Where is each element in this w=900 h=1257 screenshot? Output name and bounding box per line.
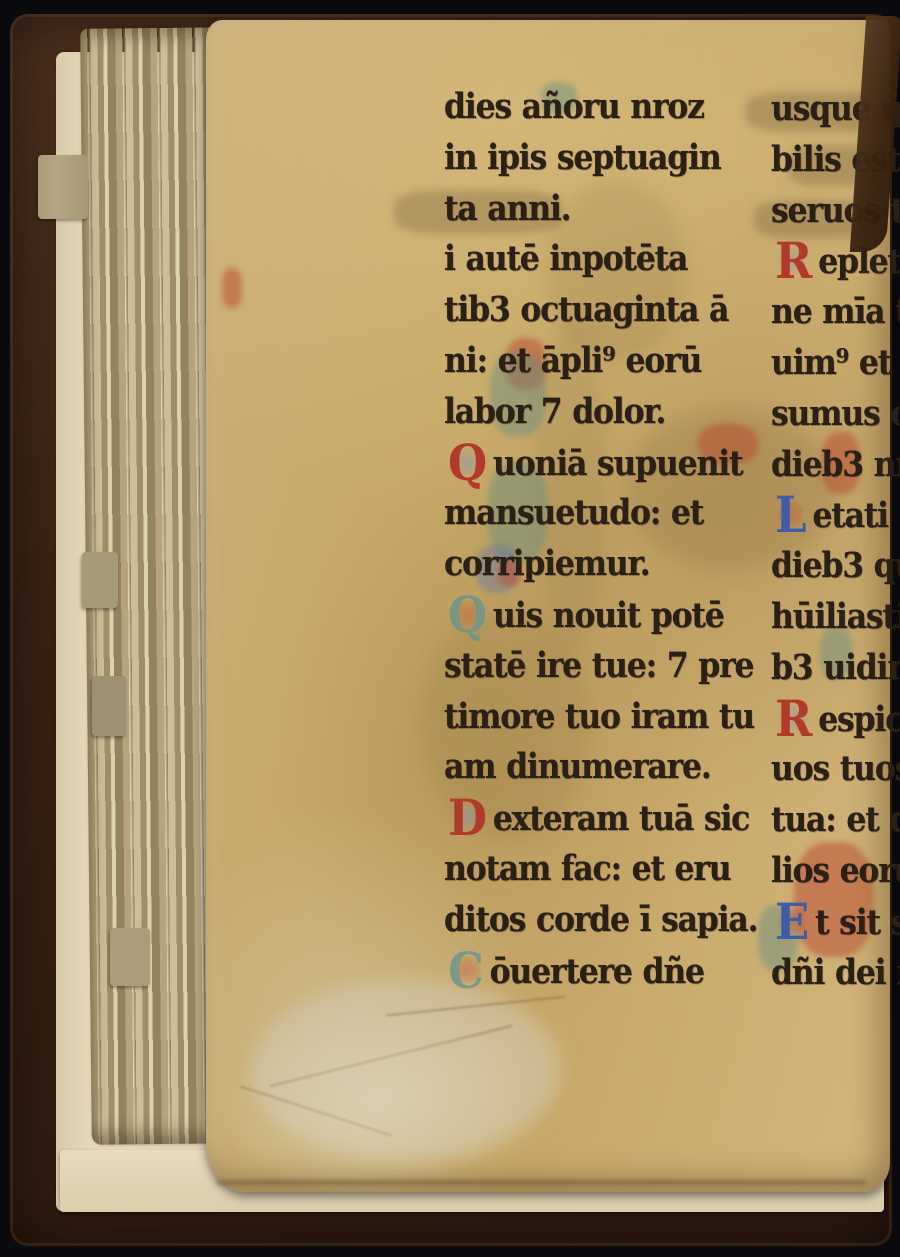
- text-line: corripiemur.: [444, 543, 766, 594]
- line-text: corripiemur.: [444, 543, 650, 584]
- line-text: dieb3 quibus nos: [771, 545, 900, 586]
- line-text: ne mīa tua: exl'ta: [771, 291, 900, 332]
- line-text: tua: et dirige fi: [771, 799, 900, 840]
- line-text: uis nouit potē: [493, 595, 724, 636]
- line-text: b3 uidim⁹ mala.: [771, 647, 900, 688]
- showthrough-mark: [222, 268, 242, 308]
- line-text: notam fac: et eru: [444, 848, 730, 889]
- text-line: timore tuo iram tu: [444, 696, 766, 747]
- line-text: tib3 octuaginta ā: [444, 289, 728, 330]
- line-text: mansuetudo: et: [444, 492, 703, 533]
- text-line: dies añoru nroz: [444, 86, 766, 137]
- text-line: hūiliasti: anni q̄: [771, 596, 900, 647]
- illuminated-initial: D: [444, 797, 491, 837]
- page-bottom-shadow: [216, 1180, 866, 1185]
- illuminated-initial: Q: [444, 442, 491, 482]
- line-text: ditos corde ī sapia.: [444, 899, 757, 940]
- text-line: dieb3 quibus nos: [771, 545, 900, 596]
- text-line: sumus omnib3: [771, 393, 900, 444]
- line-text: am dinumerare.: [444, 746, 711, 787]
- text-line: tua: et dirige fi: [771, 799, 900, 850]
- text-line: am dinumerare.: [444, 746, 766, 797]
- parchment-tab: [110, 928, 150, 986]
- text-line: ne mīa tua: exl'ta: [771, 291, 900, 342]
- text-line: Dexteram tuā sic: [444, 797, 766, 848]
- text-line: ni: et āpli⁹ eorū: [444, 340, 766, 391]
- line-text: statē ire tue: 7 pre: [444, 645, 753, 686]
- illuminated-initial: L: [771, 494, 810, 534]
- parchment-tab: [38, 155, 88, 219]
- text-line: uos tuos 7 in op̄a: [771, 748, 900, 799]
- line-text: ta anni.: [444, 188, 570, 229]
- text-column-left: dies añoru nrozin ipis septuaginta anni.…: [444, 86, 766, 1026]
- text-line: dñi dei nr̄i sup nos:: [771, 952, 900, 1003]
- text-line: Et sit splēdor: [771, 901, 900, 952]
- line-text: uos tuos 7 in op̄a: [771, 748, 900, 789]
- illuminated-initial: R: [771, 240, 816, 280]
- text-line: tib3 octuaginta ā: [444, 289, 766, 340]
- illuminated-initial: Q: [444, 594, 491, 634]
- illuminated-initial: C: [444, 950, 488, 990]
- line-text: uim⁹ et delectati: [771, 342, 900, 383]
- text-line: i autē inpotēta: [444, 238, 766, 289]
- text-line: uim⁹ et delectati: [771, 342, 900, 393]
- line-text: labor 7 dolor.: [444, 391, 665, 432]
- line-text: dñi dei nr̄i sup nos:: [771, 952, 900, 993]
- line-text: timore tuo iram tu: [444, 696, 754, 737]
- text-line: in ipis septuagin: [444, 137, 766, 188]
- text-line: Quoniā supuenit: [444, 442, 766, 493]
- line-text: espice in ser: [818, 699, 900, 740]
- line-text: etati sum⁹ pro: [812, 495, 900, 536]
- text-line: labor 7 dolor.: [444, 391, 766, 442]
- text-line: notam fac: et eru: [444, 848, 766, 899]
- line-text: uoniā supuenit: [493, 443, 742, 484]
- text-line: ta anni.: [444, 188, 766, 239]
- text-line: Cōuertere dñe: [444, 950, 766, 1001]
- line-text: ōuertere dñe: [490, 951, 704, 992]
- text-line: Letati sum⁹ pro: [771, 494, 900, 545]
- line-text: sumus omnib3: [771, 393, 900, 434]
- text-line: Respice in ser: [771, 698, 900, 749]
- text-line: Repleti sum⁹ ma: [771, 240, 900, 291]
- text-line: Quis nouit potē: [444, 594, 766, 645]
- text-line: statē ire tue: 7 pre: [444, 645, 766, 696]
- line-text: hūiliasti: anni q̄: [771, 596, 900, 637]
- manuscript-page: dies añoru nrozin ipis septuaginta anni.…: [206, 20, 890, 1192]
- parchment-tab: [82, 552, 118, 608]
- text-line: ditos corde ī sapia.: [444, 899, 766, 950]
- text-line: mansuetudo: et: [444, 492, 766, 543]
- line-text: exteram tuā sic: [493, 798, 749, 839]
- illuminated-initial: E: [771, 901, 813, 941]
- line-text: t sit splēdor: [815, 902, 900, 943]
- line-text: lios eorum: [771, 850, 900, 891]
- illuminated-initial: R: [771, 698, 816, 738]
- parchment-tab: [92, 676, 126, 736]
- line-text: dies añoru nroz: [444, 86, 704, 127]
- line-text: in ipis septuagin: [444, 137, 721, 178]
- line-text: dieb3 nr̄is.: [771, 444, 900, 485]
- line-text: i autē inpotēta: [444, 238, 687, 279]
- line-text: ni: et āpli⁹ eorū: [444, 340, 701, 381]
